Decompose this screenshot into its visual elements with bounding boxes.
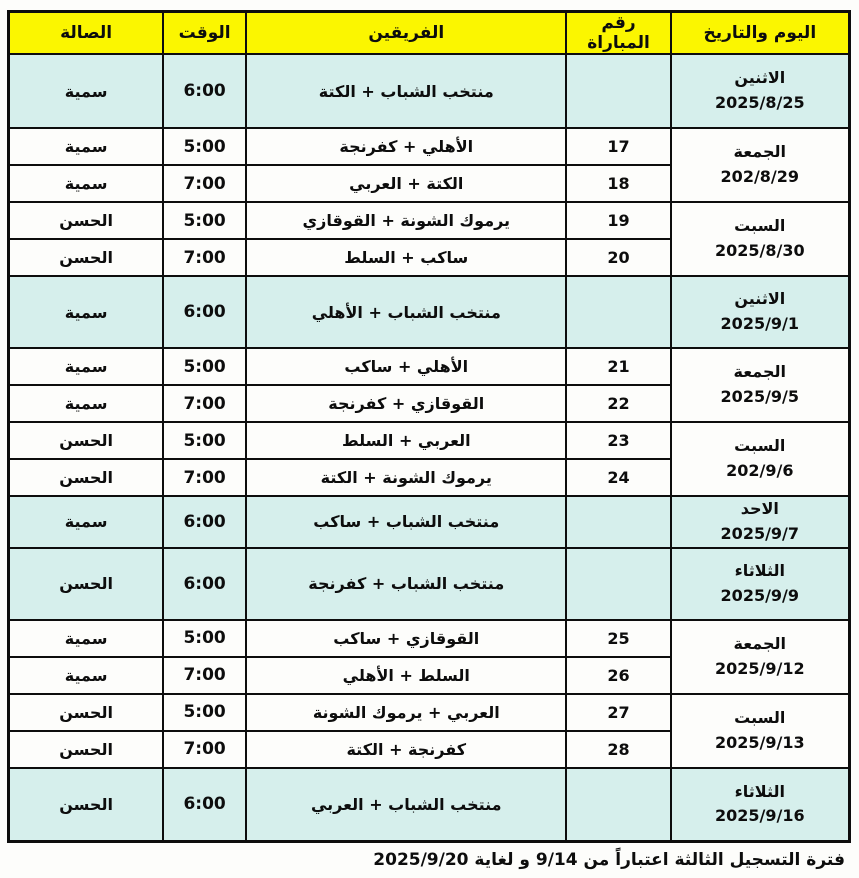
date-cell: السبت2025/9/13 xyxy=(671,694,850,768)
teams-cell: السلط + الأهلي xyxy=(246,657,566,694)
hall-cell: الحسن xyxy=(9,694,164,731)
time-cell: 5:00 xyxy=(163,422,246,459)
date-text: 2025/9/7 xyxy=(672,522,848,547)
date-cell: الجمعة2025/9/5 xyxy=(671,348,850,422)
teams-cell: منتخب الشباب + العربي xyxy=(246,768,566,842)
time-cell: 5:00 xyxy=(163,128,246,165)
teams-cell: القوقازي + ساكب xyxy=(246,620,566,657)
date-text: 2025/9/9 xyxy=(672,584,848,609)
teams-cell: كفرنجة + الكتة xyxy=(246,731,566,768)
schedule-row: الجمعة2025/9/521الأهلي + ساكب5:00سمية xyxy=(9,348,850,385)
time-cell: 7:00 xyxy=(163,165,246,202)
match-number-cell: 17 xyxy=(566,128,670,165)
hall-cell: الحسن xyxy=(9,202,164,239)
date-cell: الاثنين2025/9/1 xyxy=(671,276,850,348)
teams-cell: منتخب الشباب + ساكب xyxy=(246,496,566,548)
schedule-row: الاثنين2025/9/1منتخب الشباب + الأهلي6:00… xyxy=(9,276,850,348)
date-text: 2025/8/25 xyxy=(672,91,848,116)
match-number-cell xyxy=(566,54,670,128)
date-cell: الثلاثاء2025/9/9 xyxy=(671,548,850,620)
time-cell: 5:00 xyxy=(163,202,246,239)
hall-cell: سمية xyxy=(9,496,164,548)
teams-cell: العربي + يرموك الشونة xyxy=(246,694,566,731)
match-number-cell: 20 xyxy=(566,239,670,276)
day-name: الجمعة xyxy=(672,360,848,385)
teams-cell: الكتة + العربي xyxy=(246,165,566,202)
header-teams: الفريقين xyxy=(246,12,566,55)
match-number-cell: 27 xyxy=(566,694,670,731)
date-text: 2025/8/30 xyxy=(672,239,848,264)
day-name: الثلاثاء xyxy=(672,559,848,584)
time-cell: 5:00 xyxy=(163,348,246,385)
date-cell: الثلاثاء2025/9/16 xyxy=(671,768,850,842)
schedule-row: الثلاثاء2025/9/16منتخب الشباب + العربي6:… xyxy=(9,768,850,842)
time-cell: 7:00 xyxy=(163,385,246,422)
header-row: اليوم والتاريخ رقم المباراة الفريقين الو… xyxy=(9,12,850,55)
date-text: 2025/9/13 xyxy=(672,731,848,756)
date-cell: الاحد2025/9/7 xyxy=(671,496,850,548)
match-number-cell xyxy=(566,548,670,620)
teams-cell: الأهلي + ساكب xyxy=(246,348,566,385)
teams-cell: يرموك الشونة + القوقازي xyxy=(246,202,566,239)
schedule-row: الجمعة2025/9/1225القوقازي + ساكب5:00سمية xyxy=(9,620,850,657)
match-number-cell: 19 xyxy=(566,202,670,239)
day-name: الاثنين xyxy=(672,66,848,91)
date-text: 2025/9/1 xyxy=(672,312,848,337)
teams-cell: يرموك الشونة + الكتة xyxy=(246,459,566,496)
teams-cell: القوقازي + كفرنجة xyxy=(246,385,566,422)
schedule-row: الاثنين2025/8/25منتخب الشباب + الكتة6:00… xyxy=(9,54,850,128)
hall-cell: الحسن xyxy=(9,731,164,768)
match-number-cell: 25 xyxy=(566,620,670,657)
time-cell: 6:00 xyxy=(163,54,246,128)
day-name: الثلاثاء xyxy=(672,780,848,805)
time-cell: 7:00 xyxy=(163,657,246,694)
teams-cell: الأهلي + كفرنجة xyxy=(246,128,566,165)
match-number-cell: 21 xyxy=(566,348,670,385)
header-match-number: رقم المباراة xyxy=(566,12,670,55)
header-time: الوقت xyxy=(163,12,246,55)
match-number-cell: 18 xyxy=(566,165,670,202)
day-name: السبت xyxy=(672,214,848,239)
time-cell: 7:00 xyxy=(163,459,246,496)
schedule-row: الثلاثاء2025/9/9منتخب الشباب + كفرنجة6:0… xyxy=(9,548,850,620)
date-text: 202/8/29 xyxy=(672,165,848,190)
day-name: الجمعة xyxy=(672,140,848,165)
hall-cell: سمية xyxy=(9,165,164,202)
match-schedule-table: اليوم والتاريخ رقم المباراة الفريقين الو… xyxy=(7,10,851,843)
header-day-date: اليوم والتاريخ xyxy=(671,12,850,55)
day-name: السبت xyxy=(672,706,848,731)
date-text: 2025/9/5 xyxy=(672,385,848,410)
hall-cell: سمية xyxy=(9,385,164,422)
hall-cell: سمية xyxy=(9,348,164,385)
time-cell: 6:00 xyxy=(163,496,246,548)
time-cell: 6:00 xyxy=(163,768,246,842)
time-cell: 7:00 xyxy=(163,239,246,276)
date-cell: الجمعة202/8/29 xyxy=(671,128,850,202)
hall-cell: سمية xyxy=(9,276,164,348)
match-number-cell: 26 xyxy=(566,657,670,694)
hall-cell: الحسن xyxy=(9,459,164,496)
date-cell: السبت2025/8/30 xyxy=(671,202,850,276)
date-text: 2025/9/12 xyxy=(672,657,848,682)
schedule-row: السبت2025/8/3019يرموك الشونة + القوقازي5… xyxy=(9,202,850,239)
day-name: السبت xyxy=(672,434,848,459)
match-number-cell xyxy=(566,276,670,348)
day-name: الاثنين xyxy=(672,287,848,312)
hall-cell: الحسن xyxy=(9,548,164,620)
match-number-cell xyxy=(566,496,670,548)
time-cell: 6:00 xyxy=(163,548,246,620)
hall-cell: سمية xyxy=(9,54,164,128)
teams-cell: العربي + السلط xyxy=(246,422,566,459)
hall-cell: الحسن xyxy=(9,768,164,842)
schedule-row: الجمعة202/8/2917الأهلي + كفرنجة5:00سمية xyxy=(9,128,850,165)
hall-cell: الحسن xyxy=(9,239,164,276)
match-number-cell: 23 xyxy=(566,422,670,459)
time-cell: 5:00 xyxy=(163,694,246,731)
header-hall: الصالة xyxy=(9,12,164,55)
teams-cell: منتخب الشباب + كفرنجة xyxy=(246,548,566,620)
hall-cell: الحسن xyxy=(9,422,164,459)
teams-cell: منتخب الشباب + الكتة xyxy=(246,54,566,128)
time-cell: 7:00 xyxy=(163,731,246,768)
date-cell: الاثنين2025/8/25 xyxy=(671,54,850,128)
schedule-row: الاحد2025/9/7منتخب الشباب + ساكب6:00سمية xyxy=(9,496,850,548)
hall-cell: سمية xyxy=(9,620,164,657)
schedule-page: اليوم والتاريخ رقم المباراة الفريقين الو… xyxy=(0,0,859,870)
match-number-cell: 22 xyxy=(566,385,670,422)
date-cell: السبت202/9/6 xyxy=(671,422,850,496)
date-text: 202/9/6 xyxy=(672,459,848,484)
match-number-cell xyxy=(566,768,670,842)
hall-cell: سمية xyxy=(9,657,164,694)
match-number-cell: 24 xyxy=(566,459,670,496)
time-cell: 5:00 xyxy=(163,620,246,657)
day-name: الجمعة xyxy=(672,632,848,657)
registration-note: فترة التسجيل الثالثة اعتباراً من 9/14 و … xyxy=(7,843,851,870)
schedule-row: السبت202/9/623العربي + السلط5:00الحسن xyxy=(9,422,850,459)
teams-cell: ساكب + السلط xyxy=(246,239,566,276)
teams-cell: منتخب الشباب + الأهلي xyxy=(246,276,566,348)
date-text: 2025/9/16 xyxy=(672,804,848,829)
hall-cell: سمية xyxy=(9,128,164,165)
time-cell: 6:00 xyxy=(163,276,246,348)
match-number-cell: 28 xyxy=(566,731,670,768)
schedule-row: السبت2025/9/1327العربي + يرموك الشونة5:0… xyxy=(9,694,850,731)
day-name: الاحد xyxy=(672,497,848,522)
date-cell: الجمعة2025/9/12 xyxy=(671,620,850,694)
